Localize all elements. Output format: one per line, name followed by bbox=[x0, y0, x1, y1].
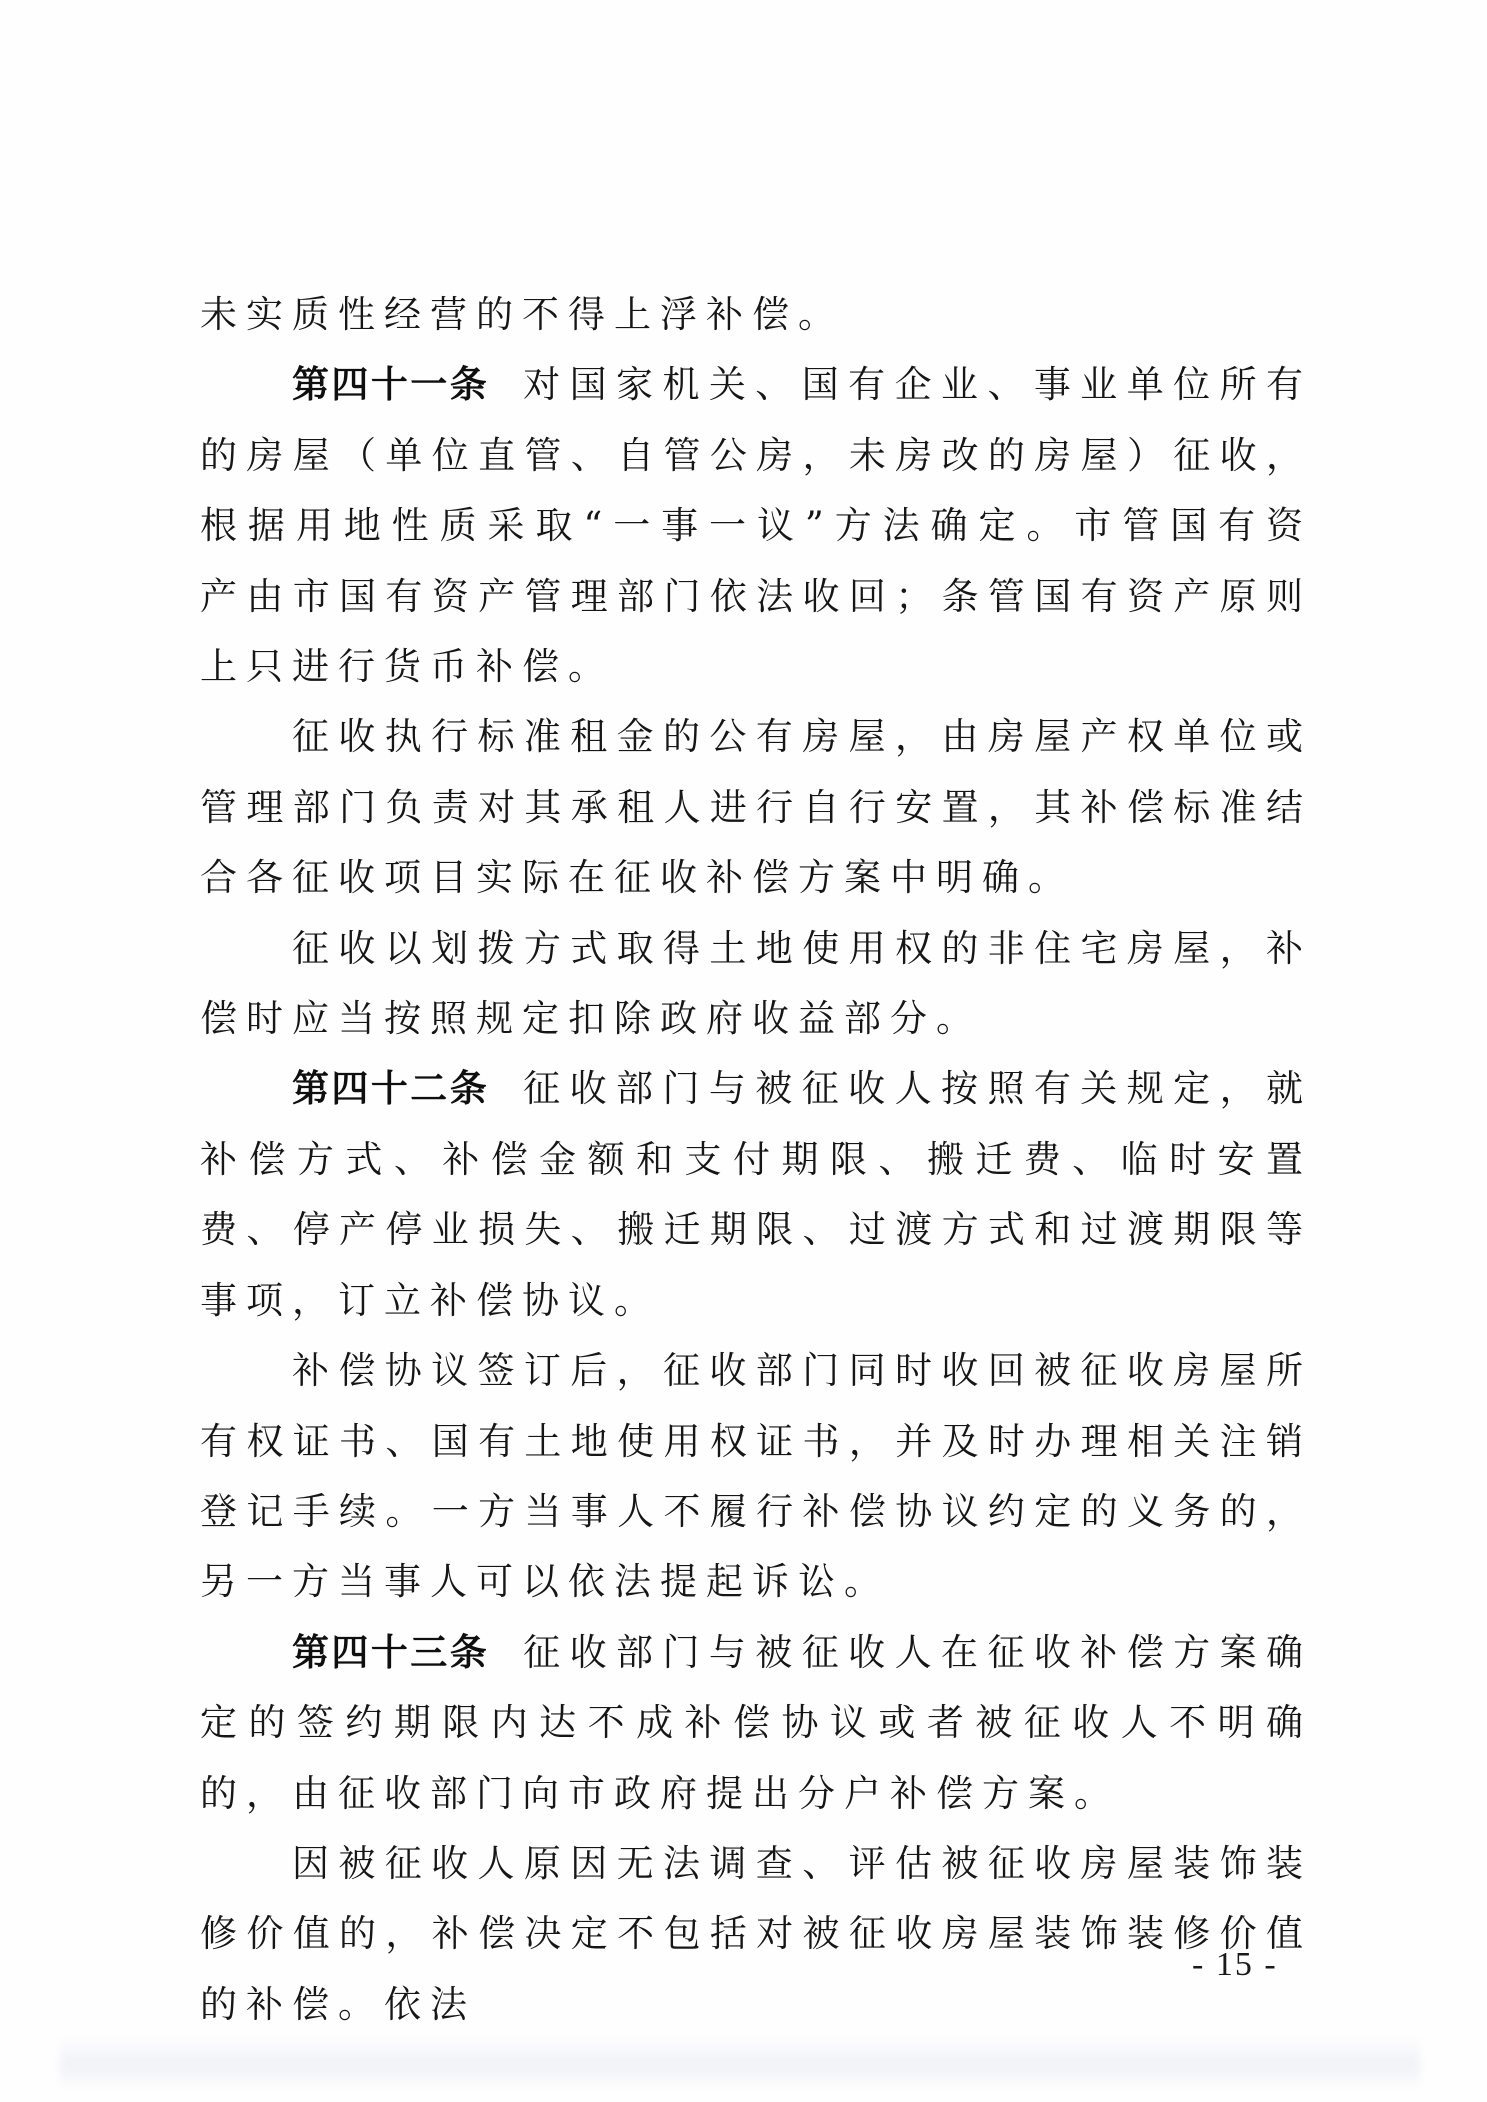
paragraph-decoration-value: 因被征收人原因无法调查、评估被征收房屋装饰装修价值的，补偿决定不包括对被征收房屋… bbox=[200, 1829, 1312, 2040]
article-title: 第四十一条 bbox=[292, 363, 489, 406]
scan-artifact bbox=[60, 2035, 1420, 2085]
document-page: 未实质性经营的不得上浮补偿。 第四十一条对国家机关、国有企业、事业单位所有的房屋… bbox=[0, 0, 1487, 2102]
paragraph-text: 征收以划拨方式取得土地使用权的非住宅房屋，补偿时应当按照规定扣除政府收益部分。 bbox=[200, 927, 1312, 1040]
paragraph-continuation: 未实质性经营的不得上浮补偿。 bbox=[200, 280, 1312, 350]
paragraph-public-housing: 征收执行标准租金的公有房屋，由房屋产权单位或管理部门负责对其承租人进行自行安置，… bbox=[200, 702, 1312, 913]
document-body: 未实质性经营的不得上浮补偿。 第四十一条对国家机关、国有企业、事业单位所有的房屋… bbox=[200, 280, 1312, 2040]
article-41-paragraph: 第四十一条对国家机关、国有企业、事业单位所有的房屋（单位直管、自管公房，未房改的… bbox=[200, 350, 1312, 702]
paragraph-allocated-land: 征收以划拨方式取得土地使用权的非住宅房屋，补偿时应当按照规定扣除政府收益部分。 bbox=[200, 914, 1312, 1055]
article-42-paragraph: 第四十二条征收部门与被征收人按照有关规定，就补偿方式、补偿金额和支付期限、搬迁费… bbox=[200, 1054, 1312, 1336]
paragraph-agreement-signed: 补偿协议签订后，征收部门同时收回被征收房屋所有权证书、国有土地使用权证书，并及时… bbox=[200, 1336, 1312, 1618]
article-43-paragraph: 第四十三条征收部门与被征收人在征收补偿方案确定的签约期限内达不成补偿协议或者被征… bbox=[200, 1618, 1312, 1829]
article-title: 第四十二条 bbox=[292, 1067, 489, 1110]
paragraph-text: 对国家机关、国有企业、事业单位所有的房屋（单位直管、自管公房，未房改的房屋）征收… bbox=[200, 363, 1312, 688]
paragraph-text: 未实质性经营的不得上浮补偿。 bbox=[200, 293, 844, 336]
paragraph-text: 因被征收人原因无法调查、评估被征收房屋装饰装修价值的，补偿决定不包括对被征收房屋… bbox=[200, 1842, 1312, 2026]
article-title: 第四十三条 bbox=[292, 1631, 489, 1674]
paragraph-text: 征收执行标准租金的公有房屋，由房屋产权单位或管理部门负责对其承租人进行自行安置，… bbox=[200, 715, 1312, 899]
paragraph-text: 补偿协议签订后，征收部门同时收回被征收房屋所有权证书、国有土地使用权证书，并及时… bbox=[200, 1349, 1312, 1603]
page-number: - 15 - bbox=[1192, 1946, 1278, 1984]
